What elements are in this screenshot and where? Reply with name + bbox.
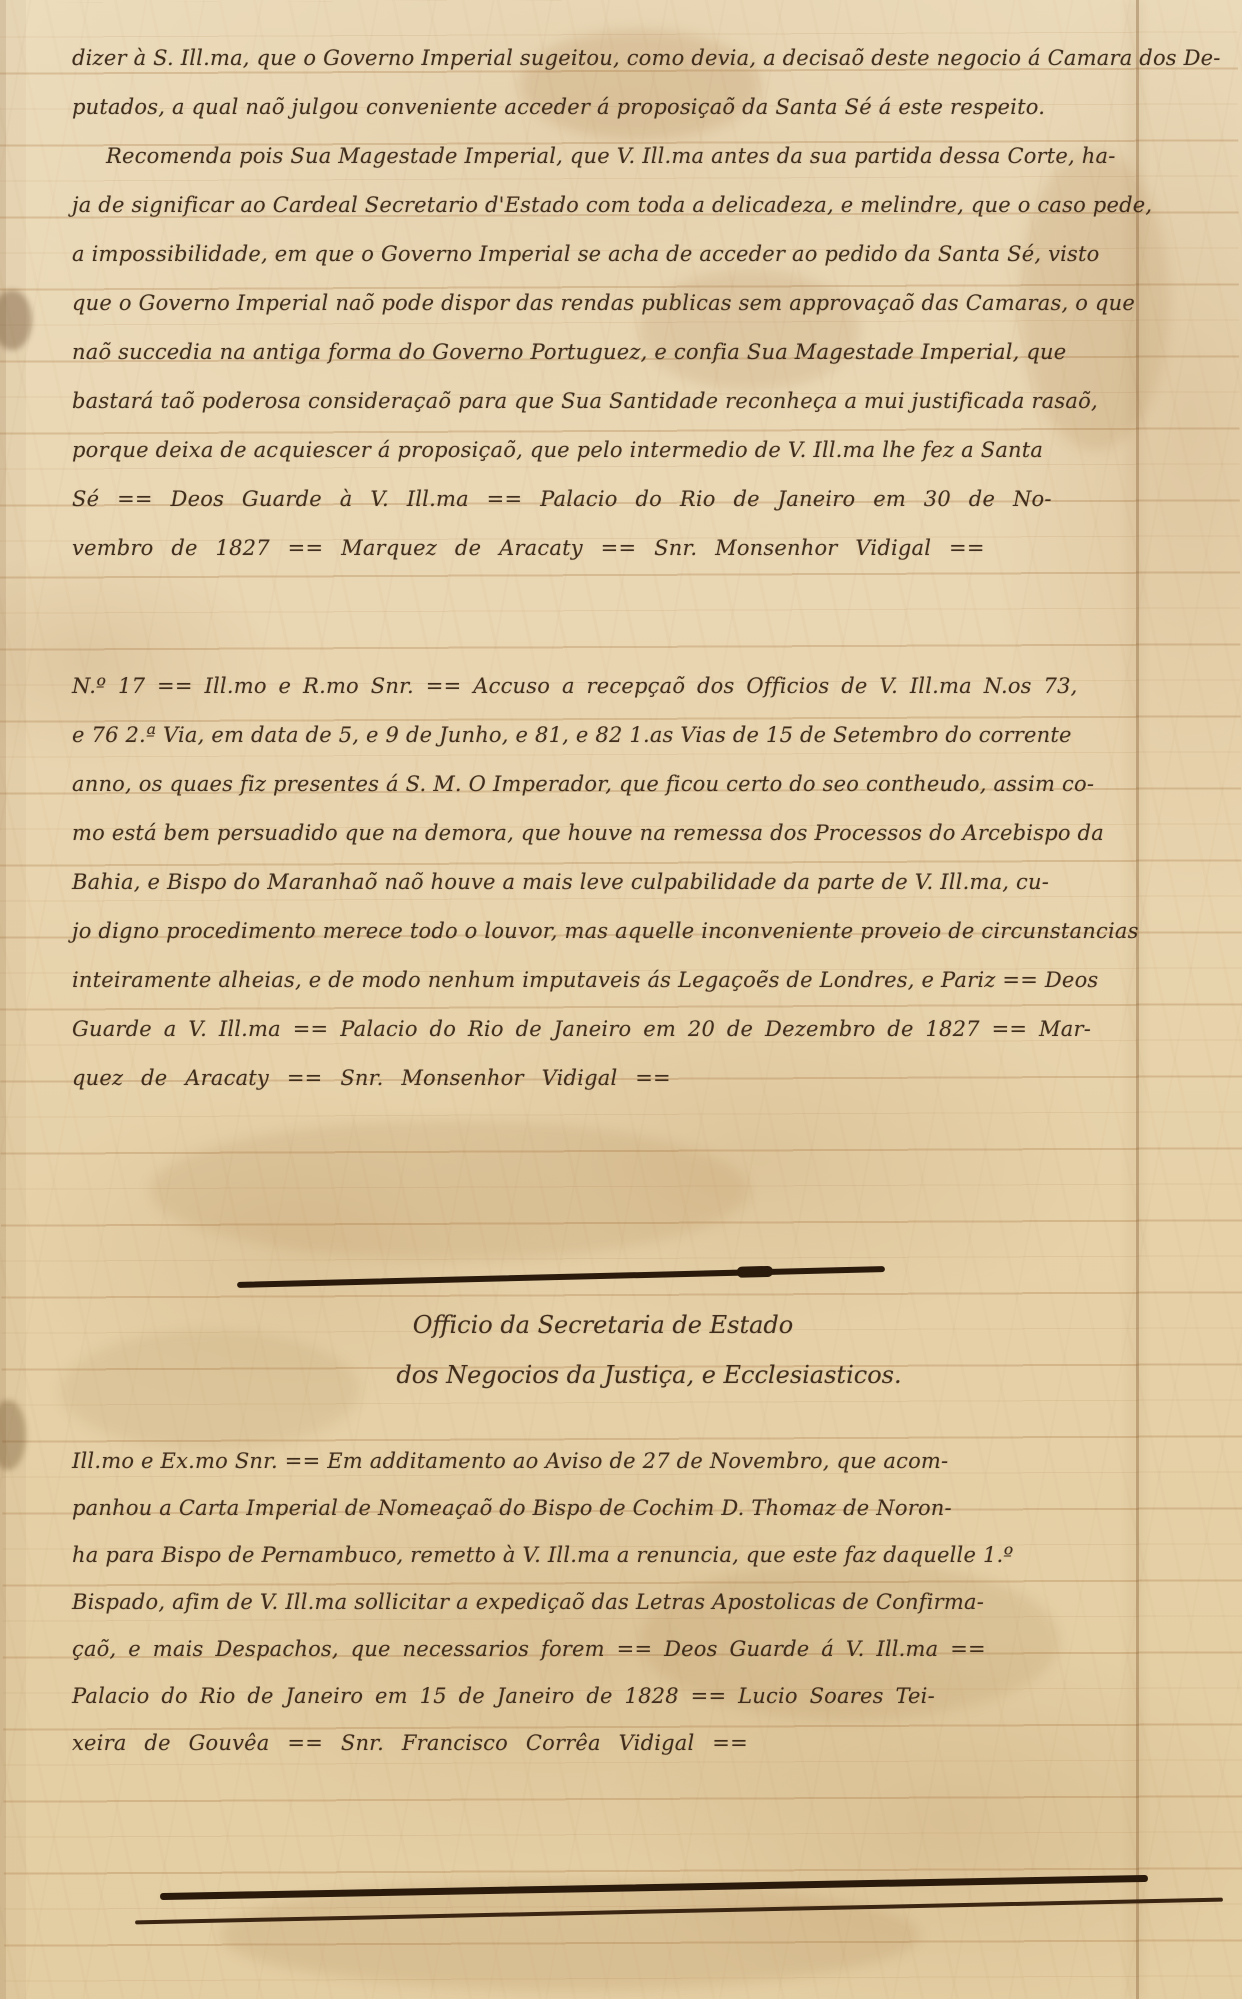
text-line: naõ succedia na antiga forma do Governo …	[72, 328, 1147, 377]
text-line: bastará taõ poderosa consideraçaõ para q…	[72, 377, 1147, 426]
paragraph-despacho-30-novembro-1827: dizer à S. Ill.ma, que o Governo Imperia…	[72, 34, 1147, 573]
text-line: Palacio do Rio de Janeiro em 15 de Janei…	[72, 1673, 1147, 1720]
text-line: Bispado, afim de V. Ill.ma sollicitar a …	[72, 1579, 1147, 1626]
text-line: a impossibilidade, em que o Governo Impe…	[72, 230, 1147, 279]
text-line: Recomenda pois Sua Magestade Imperial, q…	[106, 132, 1147, 181]
text-line: que o Governo Imperial naõ pode dispor d…	[72, 279, 1147, 328]
text-line: N.º 17 == Ill.mo e R.mo Snr. == Accuso a…	[72, 662, 1147, 711]
text-line: Bahia, e Bispo do Maranhaõ naõ houve a m…	[72, 858, 1147, 907]
text-line: Ill.mo e Ex.mo Snr. == Em additamento ao…	[72, 1438, 1147, 1485]
paragraph-officio-15-janeiro-1828: Ill.mo e Ex.mo Snr. == Em additamento ao…	[72, 1438, 1147, 1767]
text-line: mo está bem persuadido que na demora, qu…	[72, 809, 1147, 858]
section-heading: Officio da Secretaria de Estado dos Nego…	[0, 1300, 1242, 1400]
bottom-divider-rule-top	[160, 1875, 1148, 1900]
section-divider-rule	[237, 1266, 885, 1288]
manuscript-page: dizer à S. Ill.ma, que o Governo Imperia…	[0, 0, 1242, 1999]
section-heading-line1: Officio da Secretaria de Estado	[0, 1300, 1224, 1350]
text-line-closing: Guarde a V. Ill.ma == Palacio do Rio de …	[72, 1005, 1147, 1054]
text-line-signature: xeira de Gouvêa == Snr. Francisco Corrêa…	[72, 1720, 1147, 1767]
text-line-closing: Sé == Deos Guarde à V. Ill.ma == Palacio…	[72, 475, 1147, 524]
divider-ink-blot	[737, 1266, 773, 1278]
text-line: porque deixa de acquiescer á proposiçaõ,…	[72, 426, 1147, 475]
bottom-divider-rule-bottom	[135, 1898, 1223, 1925]
text-line: inteiramente alheias, e de modo nenhum i…	[72, 956, 1147, 1005]
text-line: dizer à S. Ill.ma, que o Governo Imperia…	[72, 34, 1147, 83]
text-line: panhou a Carta Imperial de Nomeaçaõ do B…	[72, 1485, 1147, 1532]
section-heading-line2: dos Negocios da Justiça, e Ecclesiastico…	[28, 1350, 1242, 1400]
text-line-signature: vembro de 1827 == Marquez de Aracaty == …	[72, 524, 1147, 573]
text-line: ha para Bispo de Pernambuco, remetto à V…	[72, 1532, 1147, 1579]
text-line: anno, os quaes fiz presentes á S. M. O I…	[72, 760, 1147, 809]
text-line: e 76 2.ª Via, em data de 5, e 9 de Junho…	[72, 711, 1147, 760]
text-line-closing: çaõ, e mais Despachos, que necessarios f…	[72, 1626, 1147, 1673]
text-line: putados, a qual naõ julgou conveniente a…	[72, 83, 1147, 132]
text-line-signature: quez de Aracaty == Snr. Monsenhor Vidiga…	[72, 1054, 1147, 1103]
manuscript-text: dizer à S. Ill.ma, que o Governo Imperia…	[0, 0, 1242, 1999]
paragraph-officio-n17-20-dezembro-1827: N.º 17 == Ill.mo e R.mo Snr. == Accuso a…	[72, 662, 1147, 1103]
text-line: ja de significar ao Cardeal Secretario d…	[72, 181, 1147, 230]
text-line: jo digno procedimento merece todo o louv…	[72, 907, 1147, 956]
